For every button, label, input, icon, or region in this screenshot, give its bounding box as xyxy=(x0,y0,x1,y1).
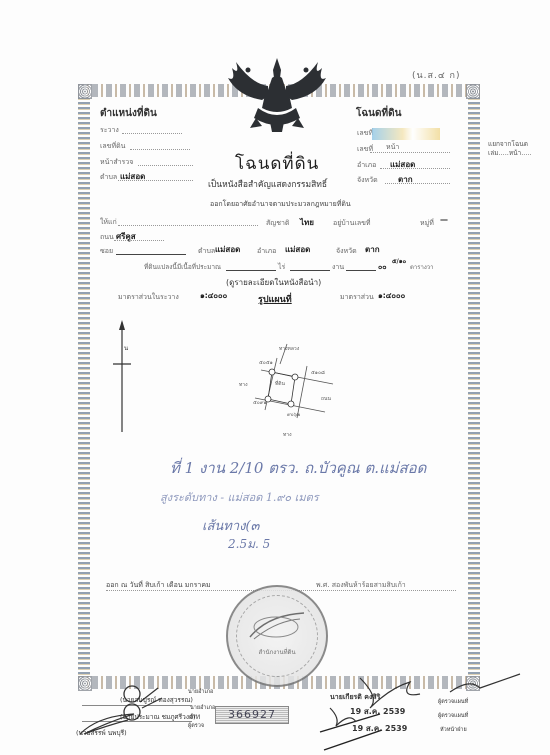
road-value: ศรีคูส xyxy=(116,230,136,243)
svg-text:๕๑๐๘: ๕๑๐๘ xyxy=(311,370,325,376)
road-label: ถนน xyxy=(100,232,114,243)
signature-role-1: นายอำเภอ xyxy=(188,688,213,696)
sqwa-fraction: ๕/๑๐ xyxy=(392,256,406,266)
parcel-map-diagram: ทางหลวง ๕๐๕๑ ๕๑๐๘ ๕๐๙๑ ๙๐๖๒ ทาง ถนน ทาง … xyxy=(225,340,345,440)
location-heading: ตำแหน่งที่ดิน xyxy=(100,106,157,121)
svg-text:๕๐๙๑: ๕๐๙๑ xyxy=(253,400,267,406)
svg-text:๕๐๕๑: ๕๐๕๑ xyxy=(259,360,273,366)
svg-text:ถนน: ถนน xyxy=(321,396,331,402)
svg-text:ที่ดิน: ที่ดิน xyxy=(275,380,286,387)
signature-role-3: ผู้ตรวจ xyxy=(188,722,204,730)
field-label-survey-page: หน้าสำรวจ xyxy=(100,157,133,168)
amphoe-label: อำเภอ xyxy=(257,246,276,257)
field-label-volume: เลขที่ xyxy=(357,144,373,155)
tambon-value: แม่สอด xyxy=(215,243,240,256)
ngan-line xyxy=(290,270,330,271)
field-line xyxy=(370,152,450,153)
sqwa-label: ตารางวา xyxy=(410,262,434,272)
ornamental-border-right xyxy=(468,97,480,676)
corner-ornament xyxy=(78,84,92,99)
field-line xyxy=(118,180,193,181)
field-line xyxy=(116,254,186,255)
serial-prefix: ดท xyxy=(190,710,200,723)
field-label-sheet: ระวาง xyxy=(100,125,119,136)
map-title: รูปแผนที่ xyxy=(258,292,292,306)
ornamental-border-left xyxy=(78,97,90,676)
deed-subtitle: เป็นหนังสือสำคัญแสดงกรรมสิทธิ์ xyxy=(208,177,327,191)
field-label-deed-no: เลขที่ xyxy=(357,128,373,139)
svg-text:ทาง: ทาง xyxy=(283,432,292,438)
handwritten-note-4: 2.5ม. 5 xyxy=(228,535,270,554)
field-line xyxy=(138,165,193,166)
rai-line xyxy=(226,270,276,271)
moo-value: — xyxy=(440,215,448,224)
field-value-province: ตาก xyxy=(398,173,413,186)
deed-page: (น.ส.๔ ก) ตำแหน่งที่ดิน โฉนดที่ดิน โฉนดท… xyxy=(0,0,550,755)
sqwa-value: ๐๐ xyxy=(378,262,387,273)
soi-label: ซอย xyxy=(100,246,113,257)
page-title: โฉนดที่ดิน xyxy=(235,150,319,177)
handwritten-note-3: เส้นทาง(๓ xyxy=(202,515,259,536)
seal-emblem-icon xyxy=(248,609,306,643)
side-note-line1: แยกจากโฉนด xyxy=(488,140,532,149)
field-value-amphoe: แม่สอด xyxy=(390,158,415,171)
svg-text:ทางหลวง: ทางหลวง xyxy=(279,346,300,352)
field-line xyxy=(122,133,182,134)
side-note: แยกจากโฉนด เล่ม.....หน้า..... xyxy=(488,140,532,158)
field-value-tambon: แม่สอด xyxy=(120,170,145,183)
garuda-emblem-icon xyxy=(222,56,332,136)
svg-text:ทาง: ทาง xyxy=(239,382,248,388)
amphoe-value: แม่สอด xyxy=(285,243,310,256)
scan-color-artifact xyxy=(372,128,440,140)
nationality-value: ไทย xyxy=(300,216,314,229)
field-label-amphoe: อำเภอ xyxy=(357,160,376,171)
signature-scribble xyxy=(300,668,530,753)
field-line xyxy=(118,225,258,226)
nationality-label: สัญชาติ xyxy=(266,218,289,229)
serial-number: 366927 xyxy=(215,706,289,724)
handwritten-note-1: ที่ 1 งาน 2/10 ตรว. ถ.บัวคูณ ต.แม่สอด xyxy=(170,456,426,480)
form-number: (น.ส.๔ ก) xyxy=(412,68,461,82)
field-line xyxy=(114,240,164,241)
signature-scribble xyxy=(78,712,138,737)
rai-label: ไร่ xyxy=(278,262,285,273)
map-scale-left-value: ๑:๔๐๐๐ xyxy=(200,290,227,302)
tambon-label: ตำบล xyxy=(198,246,215,257)
field-label-tambon: ตำบล xyxy=(100,172,117,183)
north-arrow-icon: น xyxy=(112,320,132,435)
province-value: ตาก xyxy=(365,243,380,256)
field-line xyxy=(130,149,190,150)
ngan-label: งาน xyxy=(332,262,344,273)
seal-text: สำนักงานที่ดิน xyxy=(228,647,326,657)
map-scale-right-label: มาตราส่วน xyxy=(340,292,374,303)
field-label-province: จังหวัด xyxy=(357,175,378,186)
area-label: ที่ดินแปลงนี้มีเนื้อที่ประมาณ xyxy=(144,262,221,272)
corner-ornament xyxy=(466,84,480,99)
field-line xyxy=(385,183,450,184)
deed-authority-line: ออกโดยอาศัยอำนาจตามประมวลกฎหมายที่ดิน xyxy=(210,199,351,210)
svg-text:น: น xyxy=(124,345,128,352)
moo-label: หมู่ที่ xyxy=(420,218,434,229)
province-label: จังหวัด xyxy=(336,246,357,257)
map-scale-left-label: มาตราส่วนในระวาง xyxy=(118,292,179,303)
svg-text:๙๐๖๒: ๙๐๖๒ xyxy=(287,412,300,418)
field-label-parcel-no: เลขที่ดิน xyxy=(100,141,125,152)
survey-note: (ดูรายละเอียดในหนังสือนำ) xyxy=(226,276,321,289)
side-note-line2: เล่ม.....หน้า..... xyxy=(488,149,532,158)
house-no-label: อยู่บ้านเลขที่ xyxy=(333,218,371,229)
handwritten-note-2: สูงระดับทาง - แม่สอด 1.๙๐ เมตร xyxy=(160,488,319,506)
field-line xyxy=(380,168,450,169)
map-scale-right-value: ๑:๔๐๐๐ xyxy=(378,290,405,302)
sqwa-line xyxy=(346,270,376,271)
deed-heading: โฉนดที่ดิน xyxy=(356,106,401,121)
corner-ornament xyxy=(78,676,92,691)
grant-to-label: ให้แก่ xyxy=(100,217,117,228)
